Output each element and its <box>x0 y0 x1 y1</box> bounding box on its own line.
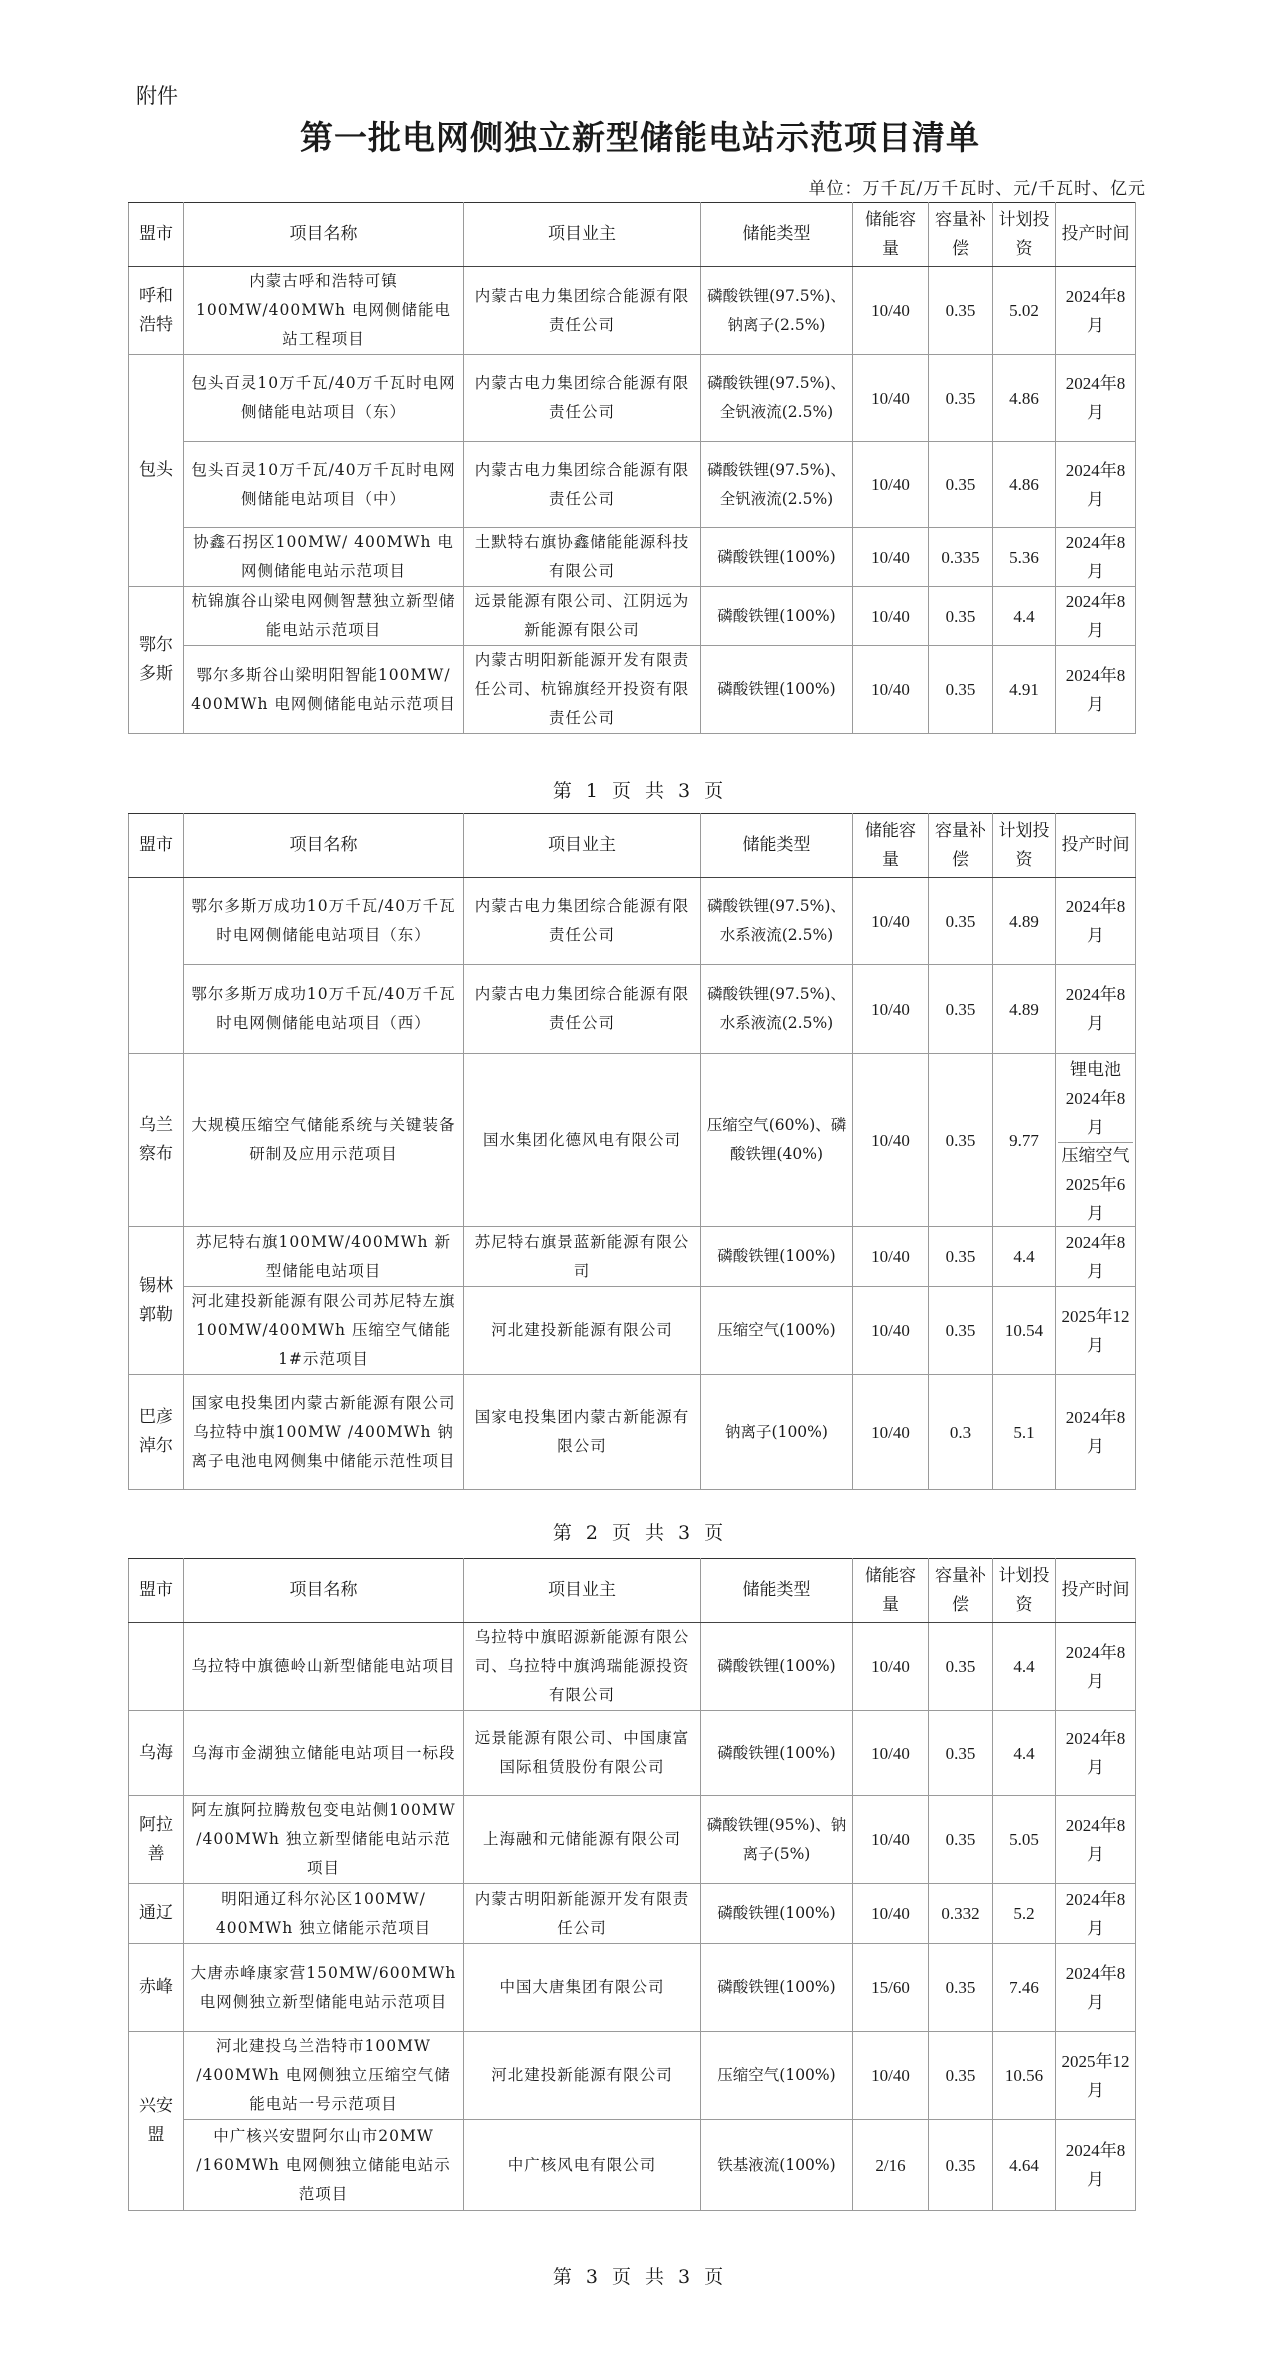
compensation-cell: 0.335 <box>929 528 993 587</box>
project-name-cell: 大规模压缩空气储能系统与关键装备研制及应用示范项目 <box>184 1054 464 1227</box>
owner-cell: 国水集团化德风电有限公司 <box>464 1054 701 1227</box>
capacity-cell: 10/40 <box>853 442 929 528</box>
investment-cell: 10.56 <box>993 2032 1056 2120</box>
compensation-cell: 0.35 <box>929 1796 993 1884</box>
owner-cell: 内蒙古电力集团综合能源有限责任公司 <box>464 965 701 1054</box>
operation-cell: 2024年8月 <box>1056 267 1136 355</box>
type-cell: 铁基液流(100%) <box>701 2120 853 2211</box>
owner-cell: 乌拉特中旗昭源新能源有限公司、乌拉特中旗鸿瑞能源投资有限公司 <box>464 1623 701 1711</box>
header-owner: 项目业主 <box>464 814 701 878</box>
operation-cell: 2024年8月 <box>1056 1375 1136 1490</box>
investment-cell: 5.05 <box>993 1796 1056 1884</box>
capacity-cell: 10/40 <box>853 1227 929 1287</box>
table-row: 鄂尔多斯万成功10万千瓦/40万千瓦时电网侧储能电站项目（西） 内蒙古电力集团综… <box>129 965 1136 1054</box>
header-investment: 计划投资 <box>993 814 1056 878</box>
owner-cell: 河北建投新能源有限公司 <box>464 1287 701 1375</box>
capacity-cell: 10/40 <box>853 965 929 1054</box>
investment-cell: 5.2 <box>993 1884 1056 1944</box>
project-name-cell: 鄂尔多斯谷山梁明阳智能100MW/ 400MWh 电网侧储能电站示范项目 <box>184 646 464 734</box>
operation-cell: 2024年8月 <box>1056 646 1136 734</box>
city-cell <box>129 1623 184 1711</box>
header-city: 盟市 <box>129 814 184 878</box>
owner-cell: 中广核风电有限公司 <box>464 2120 701 2211</box>
operation-cell: 2024年8月 <box>1056 587 1136 646</box>
operation-cell: 2024年8月 <box>1056 1227 1136 1287</box>
page-footer-3: 第 3 页 共 3 页 <box>0 2262 1280 2289</box>
table-header-row: 盟市 项目名称 项目业主 储能类型 储能容量 容量补偿 计划投资 投产时间 <box>129 203 1136 267</box>
capacity-cell: 10/40 <box>853 1054 929 1227</box>
header-investment: 计划投资 <box>993 203 1056 267</box>
capacity-cell: 10/40 <box>853 355 929 442</box>
owner-cell: 内蒙古电力集团综合能源有限责任公司 <box>464 442 701 528</box>
header-compensation: 容量补偿 <box>929 1559 993 1623</box>
operation-cell-split: 锂电池2024年8月 压缩空气2025年6月 <box>1056 1054 1136 1227</box>
page-footer-2: 第 2 页 共 3 页 <box>0 1518 1280 1545</box>
type-cell: 磷酸铁锂(100%) <box>701 1711 853 1796</box>
project-name-cell: 包头百灵10万千瓦/40万千瓦时电网侧储能电站项目（东） <box>184 355 464 442</box>
compensation-cell: 0.35 <box>929 1287 993 1375</box>
owner-cell: 河北建投新能源有限公司 <box>464 2032 701 2120</box>
project-name-cell: 协鑫石拐区100MW/ 400MWh 电网侧储能电站示范项目 <box>184 528 464 587</box>
project-name-cell: 鄂尔多斯万成功10万千瓦/40万千瓦时电网侧储能电站项目（东） <box>184 878 464 965</box>
city-cell: 乌海 <box>129 1711 184 1796</box>
table-row: 乌海 乌海市金湖独立储能电站项目一标段 远景能源有限公司、中国康富国际租赁股份有… <box>129 1711 1136 1796</box>
table-row: 呼和浩特 内蒙古呼和浩特可镇100MW/400MWh 电网侧储能电站工程项目 内… <box>129 267 1136 355</box>
page-3-table-wrap: 盟市 项目名称 项目业主 储能类型 储能容量 容量补偿 计划投资 投产时间 乌拉… <box>128 1558 1135 2211</box>
table-row: 包头 包头百灵10万千瓦/40万千瓦时电网侧储能电站项目（东） 内蒙古电力集团综… <box>129 355 1136 442</box>
operation-cell: 2024年8月 <box>1056 878 1136 965</box>
header-project: 项目名称 <box>184 1559 464 1623</box>
project-name-cell: 乌拉特中旗德岭山新型储能电站项目 <box>184 1623 464 1711</box>
investment-cell: 4.64 <box>993 2120 1056 2211</box>
operation-cell: 2024年8月 <box>1056 2120 1136 2211</box>
city-cell: 包头 <box>129 355 184 587</box>
capacity-cell: 10/40 <box>853 267 929 355</box>
project-name-cell: 阿左旗阿拉腾敖包变电站侧100MW /400MWh 独立新型储能电站示范项目 <box>184 1796 464 1884</box>
compensation-cell: 0.35 <box>929 1944 993 2032</box>
operation-cell: 2024年8月 <box>1056 965 1136 1054</box>
attachment-label: 附件 <box>136 80 178 110</box>
city-cell <box>129 878 184 1054</box>
table-row: 河北建投新能源有限公司苏尼特左旗100MW/400MWh 压缩空气储能1#示范项… <box>129 1287 1136 1375</box>
type-cell: 钠离子(100%) <box>701 1375 853 1490</box>
project-name-cell: 河北建投乌兰浩特市100MW /400MWh 电网侧独立压缩空气储能电站一号示范… <box>184 2032 464 2120</box>
capacity-cell: 10/40 <box>853 1623 929 1711</box>
table-row: 通辽 明阳通辽科尔沁区100MW/ 400MWh 独立储能示范项目 内蒙古明阳新… <box>129 1884 1136 1944</box>
investment-cell: 4.4 <box>993 587 1056 646</box>
owner-cell: 内蒙古明阳新能源开发有限责任公司、杭锦旗经开投资有限责任公司 <box>464 646 701 734</box>
capacity-cell: 10/40 <box>853 528 929 587</box>
city-cell: 阿拉善 <box>129 1796 184 1884</box>
capacity-cell: 10/40 <box>853 2032 929 2120</box>
type-cell: 磷酸铁锂(97.5%)、全钒液流(2.5%) <box>701 442 853 528</box>
capacity-cell: 10/40 <box>853 587 929 646</box>
investment-cell: 4.4 <box>993 1623 1056 1711</box>
compensation-cell: 0.35 <box>929 1054 993 1227</box>
compensation-cell: 0.3 <box>929 1375 993 1490</box>
investment-cell: 4.89 <box>993 878 1056 965</box>
operation-cell: 2024年8月 <box>1056 442 1136 528</box>
compensation-cell: 0.35 <box>929 646 993 734</box>
city-cell: 巴彦淖尔 <box>129 1375 184 1490</box>
compensation-cell: 0.35 <box>929 878 993 965</box>
table-header-row: 盟市 项目名称 项目业主 储能类型 储能容量 容量补偿 计划投资 投产时间 <box>129 814 1136 878</box>
investment-cell: 4.86 <box>993 442 1056 528</box>
capacity-cell: 10/40 <box>853 1711 929 1796</box>
table-row: 鄂尔多斯万成功10万千瓦/40万千瓦时电网侧储能电站项目（东） 内蒙古电力集团综… <box>129 878 1136 965</box>
type-cell: 磷酸铁锂(95%)、钠离子(5%) <box>701 1796 853 1884</box>
document-title: 第一批电网侧独立新型储能电站示范项目清单 <box>0 112 1280 159</box>
project-name-cell: 内蒙古呼和浩特可镇100MW/400MWh 电网侧储能电站工程项目 <box>184 267 464 355</box>
owner-cell: 远景能源有限公司、江阴远为新能源有限公司 <box>464 587 701 646</box>
operation-cell: 2025年12月 <box>1056 1287 1136 1375</box>
compensation-cell: 0.35 <box>929 355 993 442</box>
city-cell: 通辽 <box>129 1884 184 1944</box>
investment-cell: 5.1 <box>993 1375 1056 1490</box>
header-owner: 项目业主 <box>464 1559 701 1623</box>
project-name-cell: 中广核兴安盟阿尔山市20MW /160MWh 电网侧独立储能电站示范项目 <box>184 2120 464 2211</box>
type-cell: 磷酸铁锂(97.5%)、全钒液流(2.5%) <box>701 355 853 442</box>
header-owner: 项目业主 <box>464 203 701 267</box>
type-cell: 磷酸铁锂(97.5%)、水系液流(2.5%) <box>701 878 853 965</box>
header-compensation: 容量补偿 <box>929 203 993 267</box>
header-operation: 投产时间 <box>1056 1559 1136 1623</box>
header-type: 储能类型 <box>701 203 853 267</box>
operation-cell: 2024年8月 <box>1056 1711 1136 1796</box>
header-project: 项目名称 <box>184 814 464 878</box>
type-cell: 压缩空气(100%) <box>701 2032 853 2120</box>
city-cell: 赤峰 <box>129 1944 184 2032</box>
investment-cell: 4.4 <box>993 1227 1056 1287</box>
investment-cell: 7.46 <box>993 1944 1056 2032</box>
type-cell: 磷酸铁锂(100%) <box>701 1944 853 2032</box>
investment-cell: 5.02 <box>993 267 1056 355</box>
compensation-cell: 0.35 <box>929 2120 993 2211</box>
table-row: 乌拉特中旗德岭山新型储能电站项目 乌拉特中旗昭源新能源有限公司、乌拉特中旗鸿瑞能… <box>129 1623 1136 1711</box>
investment-cell: 4.91 <box>993 646 1056 734</box>
capacity-cell: 10/40 <box>853 1287 929 1375</box>
city-cell: 锡林郭勒 <box>129 1227 184 1375</box>
operation-cell: 2024年8月 <box>1056 1796 1136 1884</box>
city-cell: 兴安盟 <box>129 2032 184 2211</box>
type-cell: 压缩空气(60%)、磷酸铁锂(40%) <box>701 1054 853 1227</box>
operation-cell: 2024年8月 <box>1056 355 1136 442</box>
owner-cell: 内蒙古明阳新能源开发有限责任公司 <box>464 1884 701 1944</box>
operation-lithium: 锂电池2024年8月 <box>1058 1054 1133 1142</box>
project-name-cell: 国家电投集团内蒙古新能源有限公司乌拉特中旗100MW /400MWh 钠离子电池… <box>184 1375 464 1490</box>
project-table-page-1: 盟市 项目名称 项目业主 储能类型 储能容量 容量补偿 计划投资 投产时间 呼和… <box>128 202 1136 734</box>
operation-cell: 2024年8月 <box>1056 1884 1136 1944</box>
compensation-cell: 0.35 <box>929 2032 993 2120</box>
table-row: 鄂尔多斯谷山梁明阳智能100MW/ 400MWh 电网侧储能电站示范项目 内蒙古… <box>129 646 1136 734</box>
owner-cell: 远景能源有限公司、中国康富国际租赁股份有限公司 <box>464 1711 701 1796</box>
header-compensation: 容量补偿 <box>929 814 993 878</box>
operation-compressed-air: 压缩空气2025年6月 <box>1058 1142 1133 1226</box>
table-row: 锡林郭勒 苏尼特右旗100MW/400MWh 新型储能电站项目 苏尼特右旗景蓝新… <box>129 1227 1136 1287</box>
operation-cell: 2024年8月 <box>1056 1623 1136 1711</box>
city-cell: 呼和浩特 <box>129 267 184 355</box>
compensation-cell: 0.35 <box>929 267 993 355</box>
compensation-cell: 0.35 <box>929 1227 993 1287</box>
type-cell: 磷酸铁锂(100%) <box>701 1884 853 1944</box>
header-type: 储能类型 <box>701 814 853 878</box>
compensation-cell: 0.35 <box>929 965 993 1054</box>
project-name-cell: 鄂尔多斯万成功10万千瓦/40万千瓦时电网侧储能电站项目（西） <box>184 965 464 1054</box>
capacity-cell: 10/40 <box>853 646 929 734</box>
header-capacity: 储能容量 <box>853 203 929 267</box>
investment-cell: 10.54 <box>993 1287 1056 1375</box>
project-name-cell: 苏尼特右旗100MW/400MWh 新型储能电站项目 <box>184 1227 464 1287</box>
table-row: 乌兰察布 大规模压缩空气储能系统与关键装备研制及应用示范项目 国水集团化德风电有… <box>129 1054 1136 1227</box>
header-project: 项目名称 <box>184 203 464 267</box>
type-cell: 磷酸铁锂(97.5%)、水系液流(2.5%) <box>701 965 853 1054</box>
compensation-cell: 0.35 <box>929 587 993 646</box>
table-header-row: 盟市 项目名称 项目业主 储能类型 储能容量 容量补偿 计划投资 投产时间 <box>129 1559 1136 1623</box>
type-cell: 磷酸铁锂(100%) <box>701 528 853 587</box>
investment-cell: 9.77 <box>993 1054 1056 1227</box>
compensation-cell: 0.35 <box>929 442 993 528</box>
project-name-cell: 乌海市金湖独立储能电站项目一标段 <box>184 1711 464 1796</box>
capacity-cell: 15/60 <box>853 1944 929 2032</box>
capacity-cell: 10/40 <box>853 878 929 965</box>
table-row: 阿拉善 阿左旗阿拉腾敖包变电站侧100MW /400MWh 独立新型储能电站示范… <box>129 1796 1136 1884</box>
investment-cell: 4.89 <box>993 965 1056 1054</box>
capacity-cell: 2/16 <box>853 2120 929 2211</box>
capacity-cell: 10/40 <box>853 1884 929 1944</box>
project-name-cell: 杭锦旗谷山梁电网侧智慧独立新型储能电站示范项目 <box>184 587 464 646</box>
type-cell: 压缩空气(100%) <box>701 1287 853 1375</box>
type-cell: 磷酸铁锂(100%) <box>701 1623 853 1711</box>
project-name-cell: 河北建投新能源有限公司苏尼特左旗100MW/400MWh 压缩空气储能1#示范项… <box>184 1287 464 1375</box>
owner-cell: 内蒙古电力集团综合能源有限责任公司 <box>464 355 701 442</box>
header-capacity: 储能容量 <box>853 1559 929 1623</box>
type-cell: 磷酸铁锂(100%) <box>701 1227 853 1287</box>
owner-cell: 内蒙古电力集团综合能源有限责任公司 <box>464 267 701 355</box>
header-operation: 投产时间 <box>1056 203 1136 267</box>
project-name-cell: 明阳通辽科尔沁区100MW/ 400MWh 独立储能示范项目 <box>184 1884 464 1944</box>
header-operation: 投产时间 <box>1056 814 1136 878</box>
investment-cell: 5.36 <box>993 528 1056 587</box>
unit-note: 单位：万千瓦/万千瓦时、元/千瓦时、亿元 <box>809 174 1146 199</box>
owner-cell: 中国大唐集团有限公司 <box>464 1944 701 2032</box>
header-investment: 计划投资 <box>993 1559 1056 1623</box>
operation-cell: 2024年8月 <box>1056 1944 1136 2032</box>
project-table-page-2: 盟市 项目名称 项目业主 储能类型 储能容量 容量补偿 计划投资 投产时间 鄂尔… <box>128 813 1136 1490</box>
table-row: 巴彦淖尔 国家电投集团内蒙古新能源有限公司乌拉特中旗100MW /400MWh … <box>129 1375 1136 1490</box>
compensation-cell: 0.35 <box>929 1711 993 1796</box>
table-row: 协鑫石拐区100MW/ 400MWh 电网侧储能电站示范项目 土默特右旗协鑫储能… <box>129 528 1136 587</box>
compensation-cell: 0.35 <box>929 1623 993 1711</box>
operation-cell: 2024年8月 <box>1056 528 1136 587</box>
city-cell: 鄂尔多斯 <box>129 587 184 734</box>
compensation-cell: 0.332 <box>929 1884 993 1944</box>
table-row: 兴安盟 河北建投乌兰浩特市100MW /400MWh 电网侧独立压缩空气储能电站… <box>129 2032 1136 2120</box>
page-footer-1: 第 1 页 共 3 页 <box>0 776 1280 803</box>
page-2-table-wrap: 盟市 项目名称 项目业主 储能类型 储能容量 容量补偿 计划投资 投产时间 鄂尔… <box>128 813 1135 1490</box>
project-table-page-3: 盟市 项目名称 项目业主 储能类型 储能容量 容量补偿 计划投资 投产时间 乌拉… <box>128 1558 1136 2211</box>
header-type: 储能类型 <box>701 1559 853 1623</box>
header-city: 盟市 <box>129 203 184 267</box>
owner-cell: 土默特右旗协鑫储能能源科技有限公司 <box>464 528 701 587</box>
project-name-cell: 包头百灵10万千瓦/40万千瓦时电网侧储能电站项目（中） <box>184 442 464 528</box>
header-capacity: 储能容量 <box>853 814 929 878</box>
capacity-cell: 10/40 <box>853 1796 929 1884</box>
owner-cell: 内蒙古电力集团综合能源有限责任公司 <box>464 878 701 965</box>
type-cell: 磷酸铁锂(97.5%)、钠离子(2.5%) <box>701 267 853 355</box>
investment-cell: 4.4 <box>993 1711 1056 1796</box>
header-city: 盟市 <box>129 1559 184 1623</box>
owner-cell: 上海融和元储能源有限公司 <box>464 1796 701 1884</box>
type-cell: 磷酸铁锂(100%) <box>701 587 853 646</box>
owner-cell: 国家电投集团内蒙古新能源有限公司 <box>464 1375 701 1490</box>
project-name-cell: 大唐赤峰康家营150MW/600MWh 电网侧独立新型储能电站示范项目 <box>184 1944 464 2032</box>
page-1-table-wrap: 盟市 项目名称 项目业主 储能类型 储能容量 容量补偿 计划投资 投产时间 呼和… <box>128 202 1135 734</box>
city-cell: 乌兰察布 <box>129 1054 184 1227</box>
operation-cell: 2025年12月 <box>1056 2032 1136 2120</box>
type-cell: 磷酸铁锂(100%) <box>701 646 853 734</box>
table-row: 包头百灵10万千瓦/40万千瓦时电网侧储能电站项目（中） 内蒙古电力集团综合能源… <box>129 442 1136 528</box>
table-row: 中广核兴安盟阿尔山市20MW /160MWh 电网侧独立储能电站示范项目 中广核… <box>129 2120 1136 2211</box>
table-row: 鄂尔多斯 杭锦旗谷山梁电网侧智慧独立新型储能电站示范项目 远景能源有限公司、江阴… <box>129 587 1136 646</box>
capacity-cell: 10/40 <box>853 1375 929 1490</box>
owner-cell: 苏尼特右旗景蓝新能源有限公司 <box>464 1227 701 1287</box>
investment-cell: 4.86 <box>993 355 1056 442</box>
table-row: 赤峰 大唐赤峰康家营150MW/600MWh 电网侧独立新型储能电站示范项目 中… <box>129 1944 1136 2032</box>
